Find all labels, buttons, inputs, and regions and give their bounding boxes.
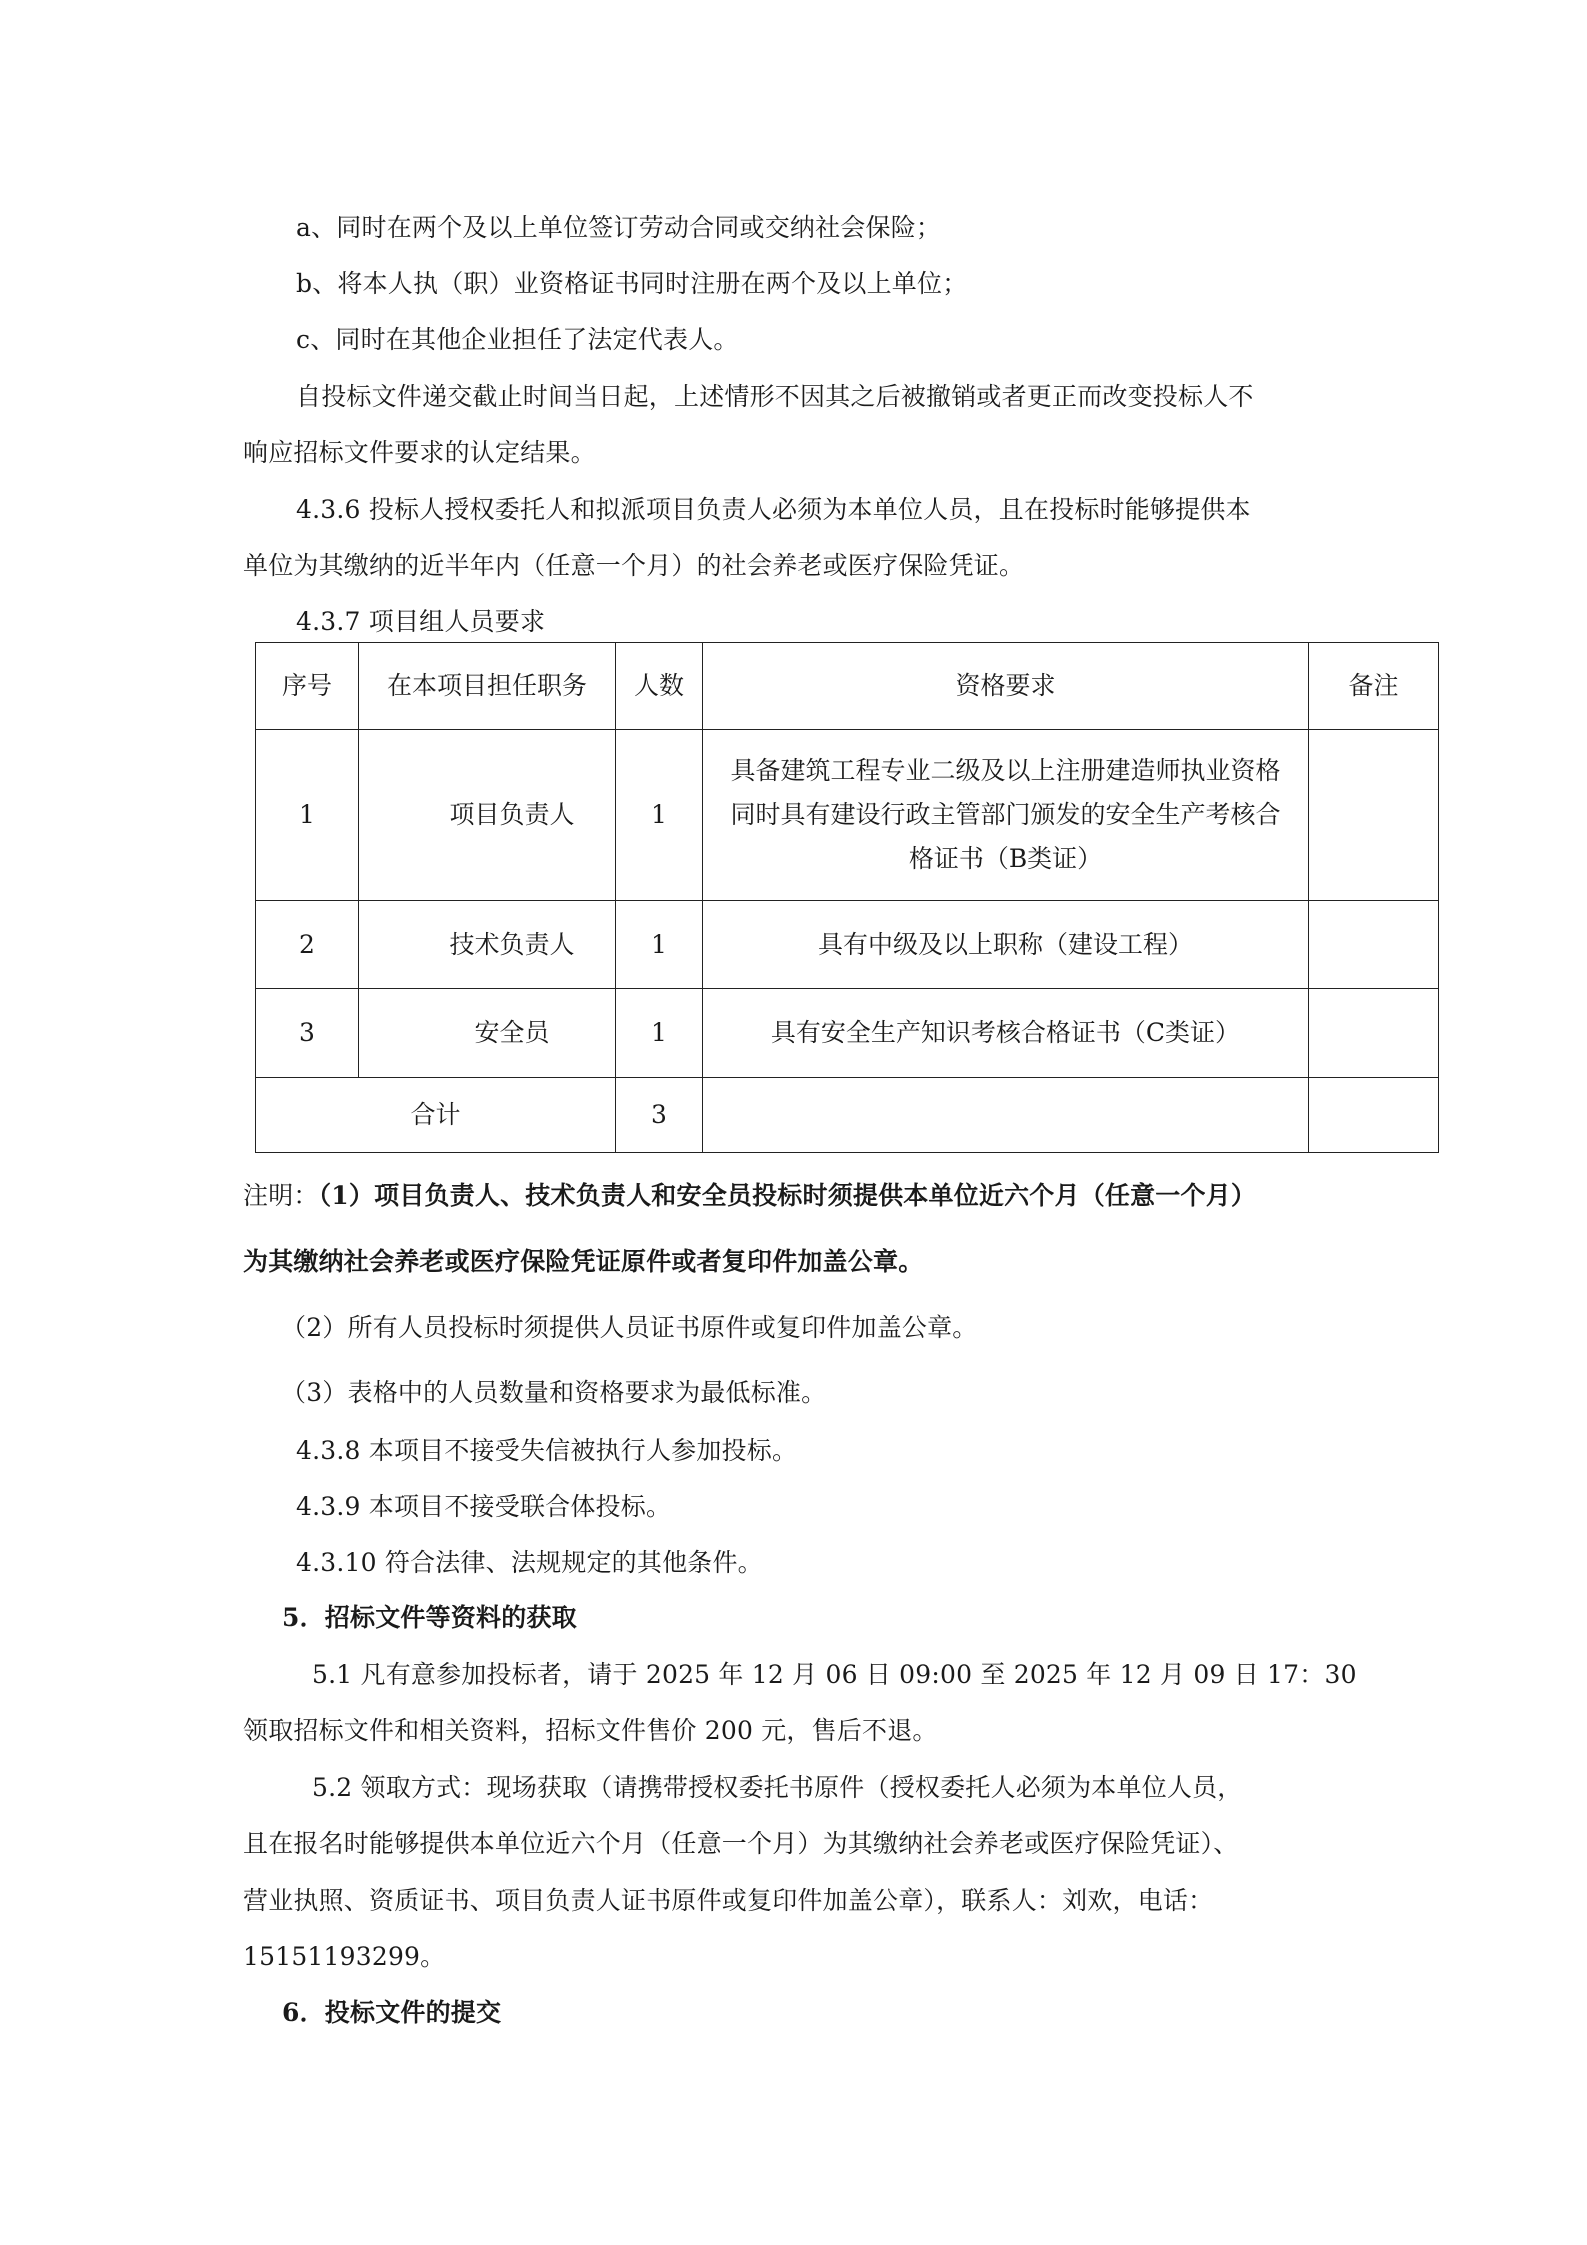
- note-2: （2）所有人员投标时须提供人员证书原件或复印件加盖公章。: [281, 1310, 978, 1346]
- paragraph-since-line1: 自投标文件递交截止时间当日起，上述情形不因其之后被撤销或者更正而改变投标人不: [296, 379, 1254, 415]
- cell-count: 1: [616, 901, 703, 989]
- note-prefix: 注明：: [243, 1181, 319, 1210]
- cell-requirement: 具有中级及以上职称（建设工程）: [703, 901, 1309, 989]
- header-no: 序号: [256, 643, 359, 730]
- table-header-row: 序号 在本项目担任职务 人数 资格要求 备注: [256, 643, 1439, 730]
- cell-note: [1309, 989, 1439, 1078]
- table-row: 1 项目负责人 1 具备建筑工程专业二级及以上注册建造师执业资格同时具有建设行政…: [256, 730, 1439, 901]
- personnel-requirements-table: 序号 在本项目担任职务 人数 资格要求 备注 1 项目负责人 1 具备建筑工程专…: [255, 642, 1439, 1153]
- total-note: [1309, 1078, 1439, 1153]
- paragraph-a: a、同时在两个及以上单位签订劳动合同或交纳社会保险；: [296, 210, 941, 246]
- header-role: 在本项目担任职务: [359, 643, 616, 730]
- cell-no: 2: [256, 901, 359, 989]
- clause-5-2-line3: 营业执照、资质证书、项目负责人证书原件或复印件加盖公章），联系人：刘欢，电话：: [243, 1883, 1213, 1919]
- clause-5-1-line2: 领取招标文件和相关资料，招标文件售价 200 元，售后不退。: [243, 1713, 938, 1749]
- section-6-heading: 6．投标文件的提交: [282, 1995, 501, 2031]
- cell-role: 技术负责人: [359, 901, 616, 989]
- note-1-line2: 为其缴纳社会养老或医疗保险凭证原件或者复印件加盖公章。: [243, 1244, 923, 1280]
- clause-5-2-phone: 15151193299。: [243, 1939, 445, 1975]
- cell-role: 项目负责人: [359, 730, 616, 901]
- table-total-row: 合计 3: [256, 1078, 1439, 1153]
- header-requirement: 资格要求: [703, 643, 1309, 730]
- header-note: 备注: [1309, 643, 1439, 730]
- cell-count: 1: [616, 730, 703, 901]
- clause-4-3-10: 4.3.10 符合法律、法规规定的其他条件。: [296, 1545, 763, 1581]
- cell-note: [1309, 730, 1439, 901]
- cell-requirement: 具备建筑工程专业二级及以上注册建造师执业资格同时具有建设行政主管部门颁发的安全生…: [703, 730, 1309, 901]
- cell-note: [1309, 901, 1439, 989]
- note-1-text: （1）项目负责人、技术负责人和安全员投标时须提供本单位近六个月（任意一个月）: [319, 1181, 1257, 1210]
- paragraph-since-line2: 响应招标文件要求的认定结果。: [243, 435, 596, 471]
- total-label: 合计: [256, 1078, 616, 1153]
- cell-no: 1: [256, 730, 359, 901]
- clause-4-3-9: 4.3.9 本项目不接受联合体投标。: [296, 1489, 671, 1525]
- total-requirement: [703, 1078, 1309, 1153]
- clause-5-2-line1: 5.2 领取方式：现场获取（请携带授权委托书原件（授权委托人必须为本单位人员，: [312, 1770, 1243, 1806]
- section-5-heading: 5．招标文件等资料的获取: [282, 1600, 577, 1636]
- clause-4-3-8: 4.3.8 本项目不接受失信被执行人参加投标。: [296, 1433, 797, 1469]
- clause-4-3-6-line2: 单位为其缴纳的近半年内（任意一个月）的社会养老或医疗保险凭证。: [243, 548, 1024, 584]
- total-count: 3: [616, 1078, 703, 1153]
- clause-4-3-7-title: 4.3.7 项目组人员要求: [296, 604, 545, 640]
- cell-role: 安全员: [359, 989, 616, 1078]
- table-row: 2 技术负责人 1 具有中级及以上职称（建设工程）: [256, 901, 1439, 989]
- note-1-line1: 注明：（1）项目负责人、技术负责人和安全员投标时须提供本单位近六个月（任意一个月…: [243, 1178, 1256, 1214]
- note-3: （3）表格中的人员数量和资格要求为最低标准。: [281, 1375, 826, 1411]
- clause-4-3-6-line1: 4.3.6 投标人授权委托人和拟派项目负责人必须为本单位人员，且在投标时能够提供…: [296, 492, 1251, 528]
- header-count: 人数: [616, 643, 703, 730]
- cell-requirement: 具有安全生产知识考核合格证书（C类证）: [703, 989, 1309, 1078]
- clause-5-2-line2: 且在报名时能够提供本单位近六个月（任意一个月）为其缴纳社会养老或医疗保险凭证）、: [243, 1826, 1239, 1862]
- cell-no: 3: [256, 989, 359, 1078]
- clause-5-1-line1: 5.1 凡有意参加投标者，请于 2025 年 12 月 06 日 09:00 至…: [312, 1657, 1357, 1693]
- paragraph-b: b、将本人执（职）业资格证书同时注册在两个及以上单位；: [296, 266, 967, 302]
- cell-count: 1: [616, 989, 703, 1078]
- document-page: a、同时在两个及以上单位签订劳动合同或交纳社会保险； b、将本人执（职）业资格证…: [0, 0, 1587, 2245]
- paragraph-c: c、同时在其他企业担任了法定代表人。: [296, 322, 739, 358]
- table-row: 3 安全员 1 具有安全生产知识考核合格证书（C类证）: [256, 989, 1439, 1078]
